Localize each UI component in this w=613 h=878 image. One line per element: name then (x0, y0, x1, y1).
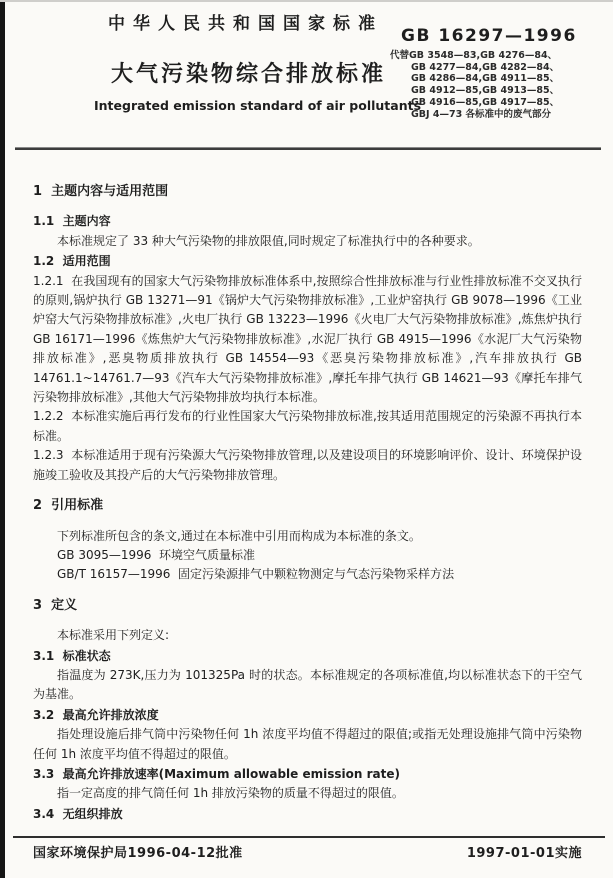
footer-divider (13, 836, 605, 838)
document-body: 1 主题内容与适用范围1.1 主题内容本标准规定了 33 种大气污染物的排放限值… (33, 171, 582, 824)
document-title-chinese: 大气污染物综合排放标准 (111, 57, 386, 88)
approval-note: 国家环境保护局1996-04-12批准 (33, 842, 243, 861)
paragraph-indented: 指一定高度的排气筒任何 1h 排放污染物的质量不得超过的限值。 (33, 784, 582, 803)
paragraph-indented: 本标准采用下列定义: (33, 626, 582, 645)
replaces-line: GB 4277—84,GB 4282—84、 (390, 62, 608, 74)
document-title-english: Integrated emission standard of air poll… (94, 98, 421, 113)
footer: 国家环境保护局1996-04-12批准 1997-01-01实施 (33, 842, 582, 861)
replaced-standards-list: 代替GB 3548—83,GB 4276—84、GB 4277—84,GB 42… (390, 50, 608, 120)
implementation-date: 1997-01-01实施 (467, 842, 582, 861)
paragraph-indented: 指温度为 273K,压力为 101325Pa 时的状态。本标准规定的各项标准值,… (33, 666, 582, 705)
subsection-heading: 3.3 最高允许排放速率(Maximum allowable emission … (33, 765, 582, 784)
replaces-line: GBJ 4—73 各标准中的废气部分 (390, 109, 608, 121)
paragraph-indented: 指处理设施后排气筒中污染物任何 1h 浓度平均值不得超过的限值;或指无处理设施排… (33, 725, 582, 764)
page-top-edge (0, 0, 613, 2)
replaces-line: GB 4916—85,GB 4917—85、 (390, 97, 608, 109)
standard-document-page: 中华人民共和国国家标准 GB 16297—1996 代替GB 3548—83,G… (0, 0, 613, 878)
paragraph: 1.2.2 本标准实施后再行发布的行业性国家大气污染物排放标准,按其适用范围规定… (33, 407, 582, 446)
replaces-line: GB 4912—85,GB 4913—85、 (390, 85, 608, 97)
subsection-heading: 3.2 最高允许排放浓度 (33, 706, 582, 725)
subsection-heading: 3.1 标准状态 (33, 647, 582, 666)
replaces-line: GB 4286—84,GB 4911—85、 (390, 73, 608, 85)
national-standard-label: 中华人民共和国国家标准 (108, 9, 383, 34)
reference-item: GB/T 16157—1996 固定污染源排气中颗粒物测定与气态污染物采样方法 (33, 565, 582, 584)
subsection-heading: 1.1 主题内容 (33, 212, 582, 231)
subsection-heading: 1.2 适用范围 (33, 252, 582, 271)
section-heading: 2 引用标准 (33, 496, 582, 515)
reference-item: GB 3095—1996 环境空气质量标准 (33, 546, 582, 565)
subsection-heading: 3.4 无组织排放 (33, 805, 582, 824)
paragraph: 1.2.1 在我国现有的国家大气污染物排放标准体系中,按照综合性排放标准与行业性… (33, 272, 582, 408)
paragraph: 1.2.3 本标准适用于现有污染源大气污染物排放管理,以及建设项目的环境影响评价… (33, 446, 582, 485)
paragraph-indented: 下列标准所包含的条文,通过在本标准中引用而构成为本标准的条文。 (33, 527, 582, 546)
section-heading: 3 定义 (33, 596, 582, 615)
header-divider (15, 147, 601, 150)
standard-code: GB 16297—1996 (401, 26, 577, 46)
replaces-line: 代替GB 3548—83,GB 4276—84、 (390, 50, 608, 62)
section-heading: 1 主题内容与适用范围 (33, 182, 582, 201)
page-scan-edge (0, 0, 5, 878)
paragraph-indented: 本标准规定了 33 种大气污染物的排放限值,同时规定了标准执行中的各种要求。 (33, 232, 582, 251)
